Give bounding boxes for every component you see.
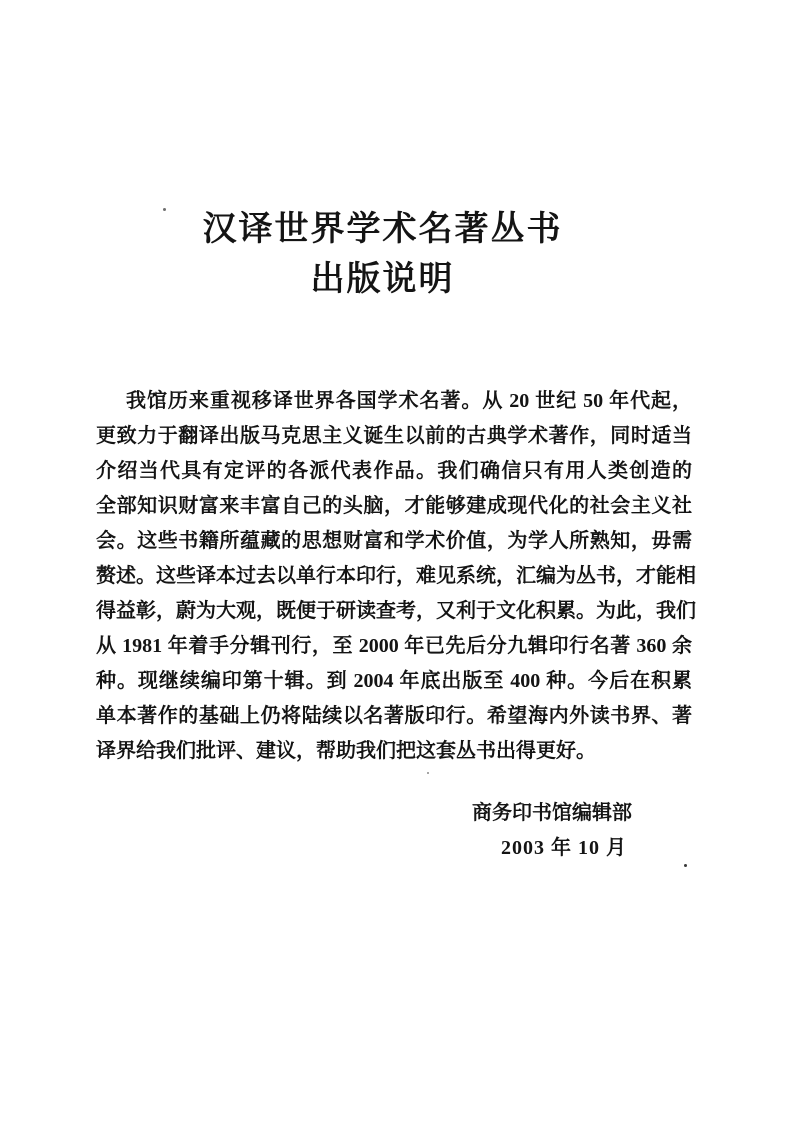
- body-line: 从 1981 年着手分辑刊行，至 2000 年已先后分九辑印行名著 360 余: [96, 629, 692, 664]
- body-line: 赘述。这些译本过去以单行本印行，难见系统，汇编为丛书，才能相: [96, 559, 692, 594]
- body-line: 译界给我们批评、建议，帮助我们把这套丛书出得更好。: [96, 734, 692, 769]
- body-line: 全部知识财富来丰富自己的头脑，才能够建成现代化的社会主义社: [96, 489, 692, 524]
- body-line: 会。这些书籍所蕴藏的思想财富和学术价值，为学人所熟知，毋需: [96, 524, 692, 559]
- scan-speck: [163, 208, 166, 211]
- publication-note-paragraph: 我馆历来重视移译世界各国学术名著。从 20 世纪 50 年代起， 更致力于翻译出…: [96, 384, 692, 769]
- body-line: 更致力于翻译出版马克思主义诞生以前的古典学术著作，同时适当: [96, 419, 692, 454]
- page-title: 出版说明: [0, 255, 779, 305]
- body-line: 得益彰，蔚为大观，既便于研读查考，又利于文化积累。为此，我们: [96, 594, 692, 629]
- body-line: 种。现继续编印第十辑。到 2004 年底出版至 400 种。今后在积累: [96, 664, 692, 699]
- publication-date: 2003 年 10 月: [472, 831, 627, 866]
- scanned-book-page: 汉译世界学术名著丛书 出版说明 我馆历来重视移译世界各国学术名著。从 20 世纪…: [0, 0, 793, 1123]
- scan-speck: [684, 864, 687, 867]
- publisher-signature: 商务印书馆编辑部: [472, 796, 632, 831]
- body-line: 单本著作的基础上仍将陆续以名著版印行。希望海内外读书界、著: [96, 699, 692, 734]
- scan-speck: [427, 772, 429, 774]
- title-block: 汉译世界学术名著丛书 出版说明: [0, 205, 779, 305]
- signature-block: 商务印书馆编辑部 2003 年 10 月: [472, 796, 632, 866]
- body-line: 介绍当代具有定评的各派代表作品。我们确信只有用人类创造的: [96, 454, 692, 489]
- series-title: 汉译世界学术名著丛书: [0, 205, 779, 255]
- body-line: 我馆历来重视移译世界各国学术名著。从 20 世纪 50 年代起，: [96, 384, 692, 419]
